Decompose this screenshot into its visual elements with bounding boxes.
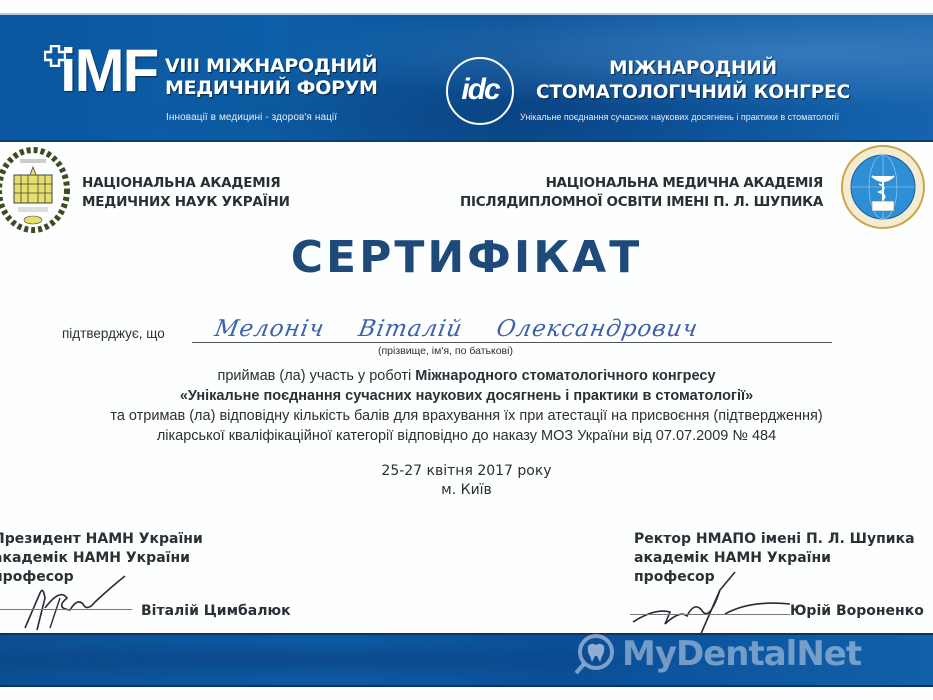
signatory-right-rank: академік НАМН України <box>634 549 915 568</box>
event-date-location: 25-27 квітня 2017 року м. Київ <box>0 462 933 500</box>
congress-title-line1: МІЖНАРОДНИЙ <box>528 57 858 81</box>
namn-name-line2: МЕДИЧНИХ НАУК УКРАЇНИ <box>82 193 290 212</box>
namn-name-line1: НАЦІОНАЛЬНА АКАДЕМІЯ <box>82 174 290 193</box>
event-theme: «Унікальне поєднання сучасних наукових д… <box>180 388 753 404</box>
idc-logo: idc <box>446 57 514 125</box>
congress-title: МІЖНАРОДНИЙ СТОМАТОЛОГІЧНИЙ КОНГРЕС <box>528 57 858 105</box>
signature-left-line <box>0 609 132 610</box>
tooth-search-icon <box>572 632 616 676</box>
points-line2: лікарської кваліфікаційної категорії від… <box>0 426 933 446</box>
signatory-left-rank: академік НАМН України <box>0 549 203 568</box>
participation-prefix: приймав (ла) участь у роботі <box>217 368 411 384</box>
idc-letters: idc <box>461 73 498 107</box>
nmapo-name-line2: ПІСЛЯДИПЛОМНОЇ ОСВІТИ ІМЕНІ П. Л. ШУПИКА <box>460 193 823 212</box>
recipient-name: Мелоніч Віталій Олександрович <box>213 316 818 342</box>
confirm-label: підтверджує, що <box>62 326 165 341</box>
signature-right-line <box>630 614 790 615</box>
signatory-right-position: Ректор НМАПО імені П. Л. Шупика <box>634 530 915 549</box>
certificate-title: СЕРТИФІКАТ <box>0 232 933 283</box>
nmapo-name-line1: НАЦІОНАЛЬНА МЕДИЧНА АКАДЕМІЯ <box>460 174 823 193</box>
signatory-left-position: Президент НАМН України <box>0 530 203 549</box>
forum-title: VIII МІЖНАРОДНИЙ МЕДИЧНИЙ ФОРУМ <box>165 55 378 99</box>
signatory-right-name: Юрій Вороненко <box>790 603 924 619</box>
forum-title-line2: МЕДИЧНИЙ ФОРУМ <box>165 77 378 99</box>
forum-title-line1: VIII МІЖНАРОДНИЙ <box>165 55 378 77</box>
namn-seal-icon <box>0 145 72 235</box>
participation-line: приймав (ла) участь у роботі Міжнародног… <box>0 366 933 386</box>
certificate-body: приймав (ла) участь у роботі Міжнародног… <box>0 366 933 446</box>
event-city: м. Київ <box>0 481 933 500</box>
points-line1: та отримав (ла) відповідну кількість бал… <box>0 406 933 426</box>
recipient-hint: (прізвище, ім'я, по батькові) <box>378 345 513 357</box>
recipient-underline <box>192 342 832 343</box>
namn-name: НАЦІОНАЛЬНА АКАДЕМІЯ МЕДИЧНИХ НАУК УКРАЇ… <box>82 174 290 212</box>
watermark-text: MyDentalNet <box>622 634 861 674</box>
participation-event: Міжнародного стоматологічного конгресу <box>415 368 715 384</box>
congress-title-line2: СТОМАТОЛОГІЧНИЙ КОНГРЕС <box>528 81 858 105</box>
congress-subtitle: Унікальне поєднання сучасних наукових до… <box>520 112 839 122</box>
watermark: MyDentalNet <box>572 630 861 678</box>
nmapo-name: НАЦІОНАЛЬНА МЕДИЧНА АКАДЕМІЯ ПІСЛЯДИПЛОМ… <box>460 174 823 212</box>
forum-subtitle: Інновації в медицині - здоров'я нації <box>166 112 337 123</box>
imf-letters: iMF <box>60 41 157 101</box>
signature-left-icon <box>15 568 145 638</box>
event-dates: 25-27 квітня 2017 року <box>0 462 933 481</box>
signatory-left-name: Віталій Цимбалюк <box>141 603 291 619</box>
nmapo-seal-icon <box>840 144 926 230</box>
header-banner: iMF VIII МІЖНАРОДНИЙ МЕДИЧНИЙ ФОРУМ Інно… <box>0 13 933 142</box>
